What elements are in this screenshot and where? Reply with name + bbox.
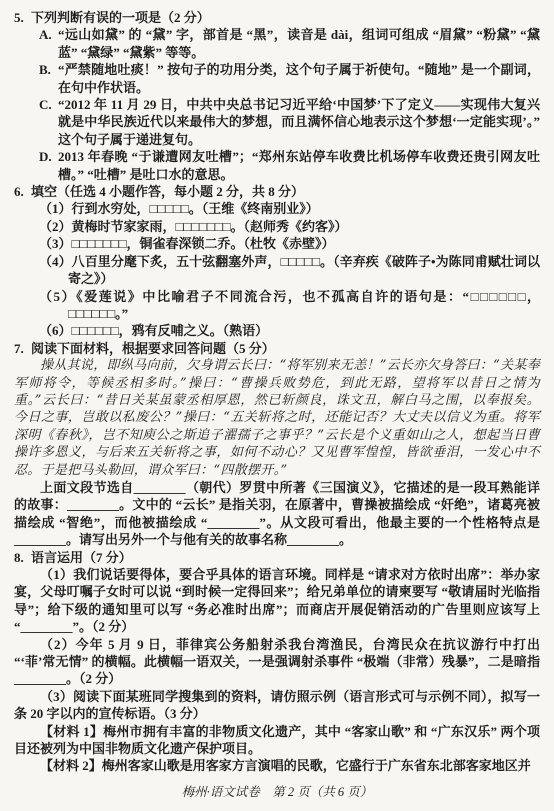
question-5-option-c: C. “2012 年 11 月 29 日，中共中央总书记习近平给‘中国梦’下了定… — [14, 96, 540, 148]
question-5-stem: 5. 下列判断有误的一项是（2 分） — [14, 9, 540, 26]
option-c-text: “2012 年 11 月 29 日，中共中央总书记习近平给‘中国梦’下了定义——… — [58, 96, 540, 148]
question-8-number: 8. — [14, 549, 31, 566]
question-7-reading-passage: 操从其说，即纵马向前，欠身谓云长曰：“将军别来无恙！”云长亦欠身答曰：“关某奉军… — [14, 357, 540, 479]
question-5-stem-text: 下列判断有误的一项是（2 分） — [31, 9, 210, 26]
option-a-text: “远山如黛” 的 “黛” 字，部首是 “黑”，读音是 dài，组词可组成 “眉黛… — [58, 26, 540, 61]
question-8-material-2: 【材料 2】梅州客家山歌是用客家方言演唱的民歌，它盛行于广东省东北部客家地区并 — [14, 757, 540, 774]
question-8-part-3: （3）阅读下面某班同学搜集到的资料，请仿照示例（语言形式可与示例不同），拟写一条… — [14, 688, 540, 723]
question-6: 6. 填空（任选 4 小题作答，每小题 2 分，共 8 分） （1）行到水穷处，… — [14, 183, 540, 340]
fill-blank-item-6: （6）□□□□□□，鸦有反哺之义。（熟语） — [39, 322, 540, 339]
fill-blank-item-1: （1）行到水穷处，□□□□□。（王维《终南别业》） — [39, 200, 540, 217]
fill-blank-item-4: （4）八百里分麾下炙，五十弦翻塞外声，□□□□□。（辛弃疾《破阵子•为陈同甫赋壮… — [39, 253, 540, 288]
question-8-stem: 8. 语言运用（7 分） — [14, 549, 540, 566]
question-7-number: 7. — [14, 340, 31, 357]
question-8-part-1: （1）我们说话要得体，要合乎具体的语言环境。同样是 “请求对方依时出席”：举办家… — [14, 566, 540, 636]
question-6-number: 6. — [14, 183, 31, 200]
option-d-text: 2013 年春晚 “于谦遭网友吐槽”；“郑州东站停车收费比机场停车收费还贵引网友… — [58, 148, 540, 183]
question-8-part-2: （2）今年 5 月 9 日，菲律宾公务船射杀我台湾渔民，台湾民众在抗议游行中打出… — [14, 636, 540, 688]
option-b-text: “严禁随地吐痰！” 按句子的功用分类，这个句子属于祈使句。“随地” 是一个副词，… — [58, 61, 540, 96]
question-8: 8. 语言运用（7 分） （1）我们说话要得体，要合乎具体的语言环境。同样是 “… — [14, 549, 540, 775]
fill-blank-item-5: （5）《爱莲说》中比喻君子不同流合污，也不孤高自许的语句是：“□□□□□□，□□… — [39, 288, 540, 323]
question-5-option-d: D. 2013 年春晚 “于谦遭网友吐槽”；“郑州东站停车收费比机场停车收费还贵… — [14, 148, 540, 183]
question-7: 7. 阅读下面材料，根据要求回答问题（5 分） 操从其说，即纵马向前，欠身谓云长… — [14, 340, 540, 549]
fill-blank-item-2: （2）黄梅时节家家雨，□□□□□□□。（赵师秀《约客》） — [39, 218, 540, 235]
question-7-stem-text: 阅读下面材料，根据要求回答问题（5 分） — [31, 340, 275, 357]
question-5-option-a: A. “远山如黛” 的 “黛” 字，部首是 “黑”，读音是 dài，组词可组成 … — [14, 26, 540, 61]
question-5-number: 5. — [14, 9, 31, 26]
question-8-stem-text: 语言运用（7 分） — [31, 549, 132, 566]
option-b-label: B. — [39, 61, 58, 96]
question-8-material-1: 【材料 1】梅州市拥有丰富的非物质文化遗产，其中 “客家山歌” 和 “广东汉乐”… — [14, 723, 540, 758]
option-c-label: C. — [39, 96, 58, 148]
page-footer: 梅州·语文试卷 第 2 页（共 6 页） — [0, 784, 554, 801]
question-6-stem: 6. 填空（任选 4 小题作答，每小题 2 分，共 8 分） — [14, 183, 540, 200]
question-7-followup: 上面文段节选自________（朝代）罗贯中所著《三国演义》，它描述的是一段耳熟… — [14, 479, 540, 549]
fill-blank-item-3: （3）□□□□□□□，铜雀春深锁二乔。（杜牧《赤壁》） — [39, 235, 540, 252]
question-5: 5. 下列判断有误的一项是（2 分） A. “远山如黛” 的 “黛” 字，部首是… — [14, 9, 540, 183]
exam-paper-page: 5. 下列判断有误的一项是（2 分） A. “远山如黛” 的 “黛” 字，部首是… — [0, 0, 554, 811]
question-7-stem: 7. 阅读下面材料，根据要求回答问题（5 分） — [14, 340, 540, 357]
question-6-stem-text: 填空（任选 4 小题作答，每小题 2 分，共 8 分） — [31, 183, 304, 200]
question-5-option-b: B. “严禁随地吐痰！” 按句子的功用分类，这个句子属于祈使句。“随地” 是一个… — [14, 61, 540, 96]
option-a-label: A. — [39, 26, 58, 61]
option-d-label: D. — [39, 148, 58, 183]
